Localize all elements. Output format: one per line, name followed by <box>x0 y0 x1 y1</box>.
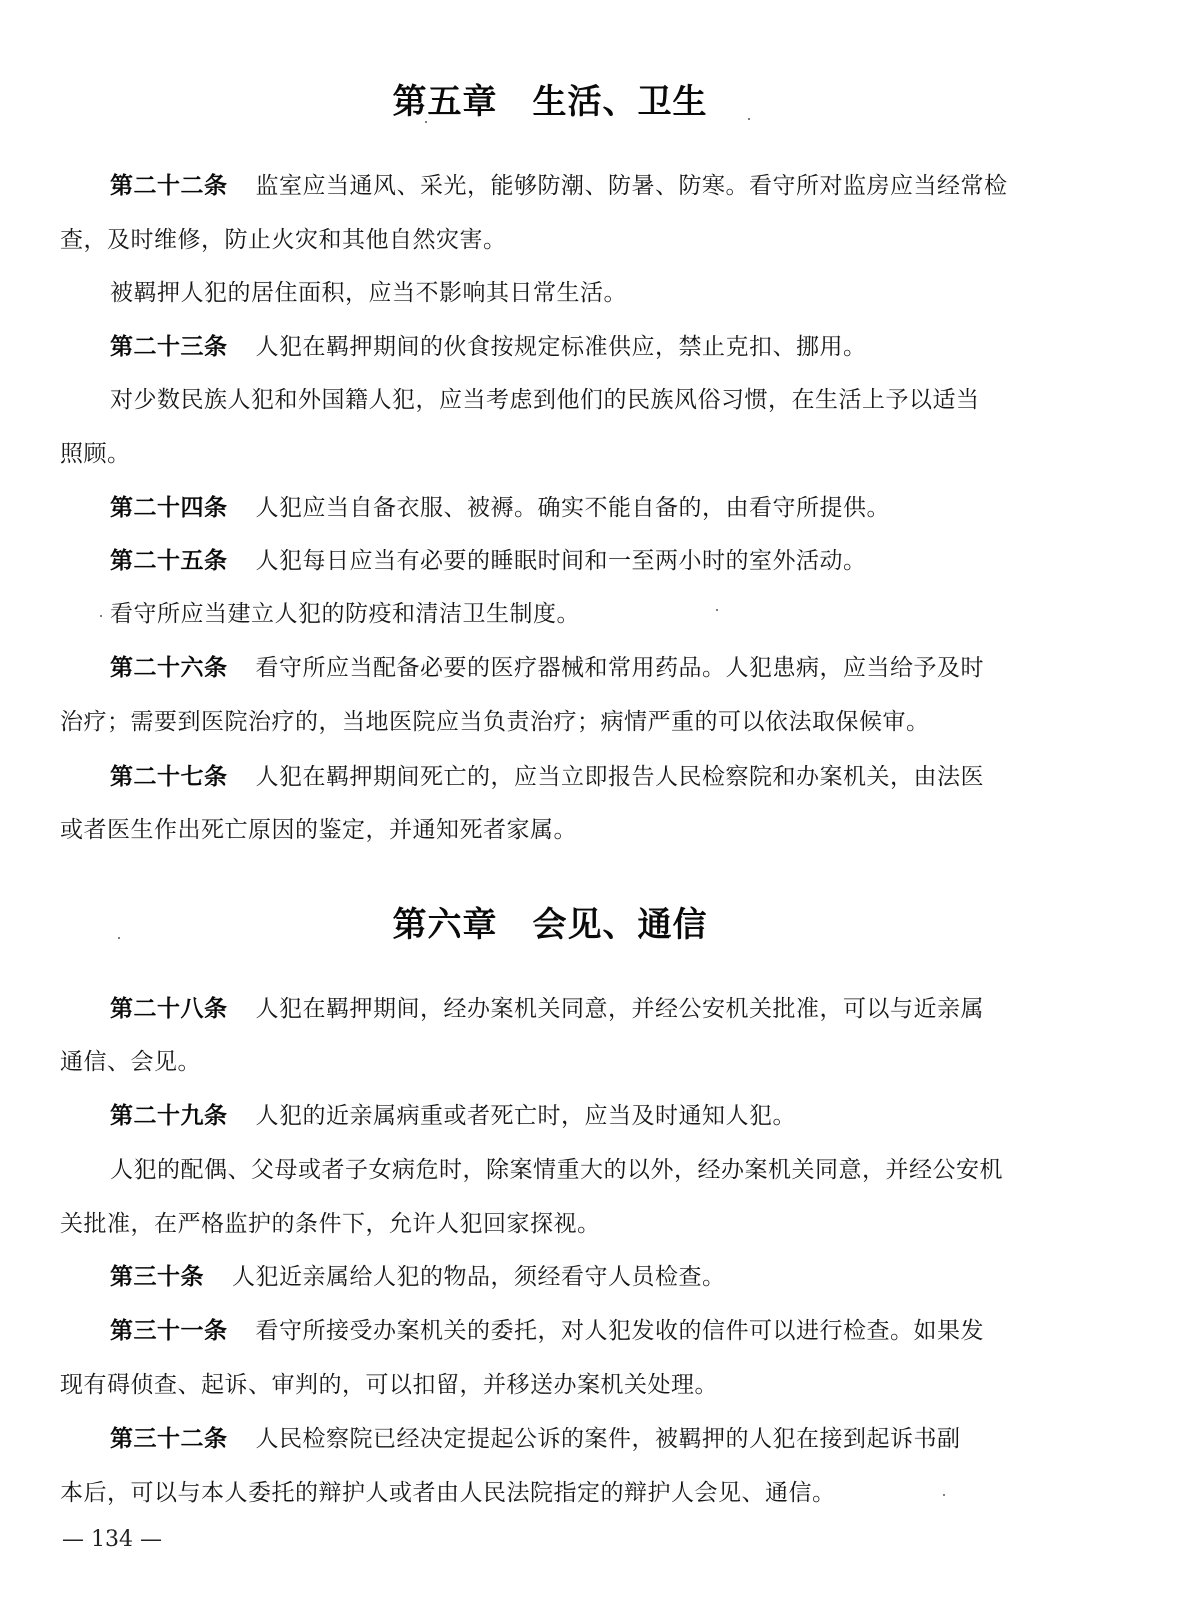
article-number: 第二十七条 <box>110 764 228 790</box>
chapter-title: 第六章 会见、通信 <box>0 897 1100 946</box>
article-text: 人犯在羁押期间，经办案机关同意，并经公安机关批准，可以与近亲属 <box>256 996 985 1022</box>
article-continuation-line: 治疗；需要到医院治疗的，当地医院应当负责治疗；病情严重的可以依法取保候审。 <box>60 707 930 737</box>
article-text: 人犯在羁押期间的伙食按规定标准供应，禁止克扣、挪用。 <box>256 334 867 360</box>
article-first-line: 第二十九条人犯的近亲属病重或者死亡时，应当及时通知人犯。 <box>110 1101 796 1131</box>
article-text: 人犯在羁押期间死亡的，应当立即报告人民检察院和办案机关，由法医 <box>256 764 985 790</box>
chapter-title: 第五章 生活、卫生 <box>0 74 1100 123</box>
paragraph-line: 人犯的配偶、父母或者子女病危时，除案情重大的以外，经办案机关同意，并经公安机 <box>110 1155 1003 1185</box>
article-number: 第二十二条 <box>110 173 228 199</box>
article-first-line: 第二十七条人犯在羁押期间死亡的，应当立即报告人民检察院和办案机关，由法医 <box>110 762 984 792</box>
article-first-line: 第二十二条监室应当通风、采光，能够防潮、防暑、防寒。看守所对监房应当经常检 <box>110 171 1008 201</box>
article-text: 看守所接受办案机关的委托，对人犯发收的信件可以进行检查。如果发 <box>256 1318 985 1344</box>
article-continuation-line: 现有碍侦查、起诉、审判的，可以扣留，并移送办案机关处理。 <box>60 1370 718 1400</box>
article-number: 第三十二条 <box>110 1426 228 1452</box>
article-number: 第二十八条 <box>110 996 228 1022</box>
article-first-line: 第二十八条人犯在羁押期间，经办案机关同意，并经公安机关批准，可以与近亲属 <box>110 994 984 1024</box>
article-number: 第三十条 <box>110 1264 204 1290</box>
article-text: 人犯每日应当有必要的睡眠时间和一至两小时的室外活动。 <box>256 548 867 574</box>
article-first-line: 第三十条人犯近亲属给人犯的物品，须经看守人员检查。 <box>110 1262 726 1292</box>
scan-speck <box>100 615 102 617</box>
scan-speck <box>425 121 427 123</box>
scan-speck <box>943 1494 945 1496</box>
article-text: 人犯应当自备衣服、被褥。确实不能自备的，由看守所提供。 <box>256 495 891 521</box>
article-first-line: 第二十六条看守所应当配备必要的医疗器械和常用药品。人犯患病，应当给予及时 <box>110 653 984 683</box>
article-first-line: 第二十五条人犯每日应当有必要的睡眠时间和一至两小时的室外活动。 <box>110 546 867 576</box>
article-text: 监室应当通风、采光，能够防潮、防暑、防寒。看守所对监房应当经常检 <box>256 173 1008 199</box>
paragraph-continuation-line: 照顾。 <box>60 439 131 469</box>
paragraph-line: 看守所应当建立人犯的防疫和清洁卫生制度。 <box>110 599 580 629</box>
paragraph-line: 对少数民族人犯和外国籍人犯，应当考虑到他们的民族风俗习惯，在生活上予以适当 <box>110 385 980 415</box>
paragraph-continuation-line: 关批准，在严格监护的条件下，允许人犯回家探视。 <box>60 1209 601 1239</box>
article-text: 人民检察院已经决定提起公诉的案件，被羁押的人犯在接到起诉书副 <box>256 1426 961 1452</box>
scan-speck <box>716 609 718 611</box>
scan-speck <box>118 937 120 939</box>
article-first-line: 第三十一条看守所接受办案机关的委托，对人犯发收的信件可以进行检查。如果发 <box>110 1316 984 1346</box>
scan-speck <box>748 118 750 120</box>
article-number: 第二十四条 <box>110 495 228 521</box>
article-first-line: 第二十三条人犯在羁押期间的伙食按规定标准供应，禁止克扣、挪用。 <box>110 332 867 362</box>
article-number: 第三十一条 <box>110 1318 228 1344</box>
article-continuation-line: 查，及时维修，防止火灾和其他自然灾害。 <box>60 225 507 255</box>
page-number: — 134 — <box>62 1527 162 1552</box>
article-text: 人犯近亲属给人犯的物品，须经看守人员检查。 <box>232 1264 726 1290</box>
article-text: 看守所应当配备必要的医疗器械和常用药品。人犯患病，应当给予及时 <box>256 655 985 681</box>
article-number: 第二十三条 <box>110 334 228 360</box>
paragraph-line: 被羁押人犯的居住面积，应当不影响其日常生活。 <box>110 278 627 308</box>
article-continuation-line: 或者医生作出死亡原因的鉴定，并通知死者家属。 <box>60 815 577 845</box>
document-page: 第五章 生活、卫生 第二十二条监室应当通风、采光，能够防潮、防暑、防寒。看守所对… <box>0 0 1177 1605</box>
article-text: 人犯的近亲属病重或者死亡时，应当及时通知人犯。 <box>256 1103 797 1129</box>
article-first-line: 第三十二条人民检察院已经决定提起公诉的案件，被羁押的人犯在接到起诉书副 <box>110 1424 961 1454</box>
article-number: 第二十五条 <box>110 548 228 574</box>
article-continuation-line: 通信、会见。 <box>60 1047 201 1077</box>
article-number: 第二十六条 <box>110 655 228 681</box>
article-continuation-line: 本后，可以与本人委托的辩护人或者由人民法院指定的辩护人会见、通信。 <box>60 1478 836 1508</box>
article-number: 第二十九条 <box>110 1103 228 1129</box>
article-first-line: 第二十四条人犯应当自备衣服、被褥。确实不能自备的，由看守所提供。 <box>110 493 890 523</box>
